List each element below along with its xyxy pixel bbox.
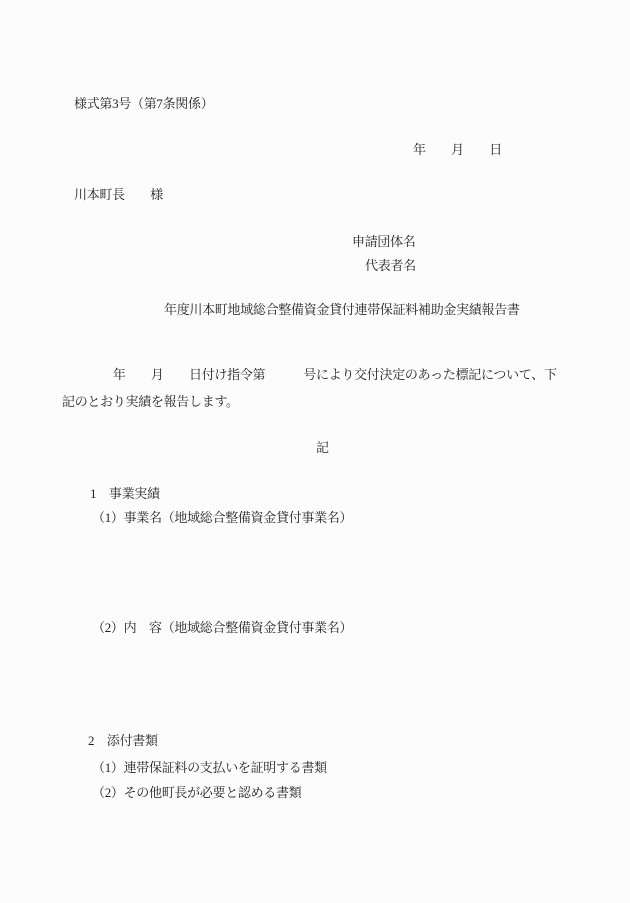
section-1-heading: 1 事業実績 bbox=[90, 486, 160, 502]
section-2-heading: 2 添付書類 bbox=[88, 733, 158, 749]
body-text-line-2: 記のとおり実績を報告します。 bbox=[62, 394, 239, 410]
body-text-line-1: 年 月 日付け指令第 号により交付決定のあった標記について、下 bbox=[62, 367, 557, 383]
section-1-item-1: （1）事業名（地域総合整備資金貸付事業名） bbox=[92, 510, 352, 526]
representative-name-label: 代表者名 bbox=[365, 258, 416, 274]
ki-marker: 記 bbox=[316, 440, 329, 456]
addressee: 川本町長 様 bbox=[74, 187, 163, 203]
form-number: 様式第3号（第7条関係） bbox=[74, 96, 213, 112]
section-2-item-1: （1）連帯保証料の支払いを証明する書類 bbox=[92, 760, 327, 776]
section-1-item-2: （2）内 容（地域総合整備資金貸付事業名） bbox=[92, 620, 352, 636]
applicant-name-label: 申請団体名 bbox=[352, 234, 416, 250]
section-2-item-2: （2）その他町長が必要と認める書類 bbox=[92, 785, 301, 801]
document-page: 様式第3号（第7条関係） 年 月 日 川本町長 様 申請団体名 代表者名 年度川… bbox=[0, 0, 630, 903]
document-title: 年度川本町地域総合整備資金貸付連帯保証料補助金実績報告書 bbox=[164, 302, 520, 318]
date-line: 年 月 日 bbox=[413, 142, 502, 158]
